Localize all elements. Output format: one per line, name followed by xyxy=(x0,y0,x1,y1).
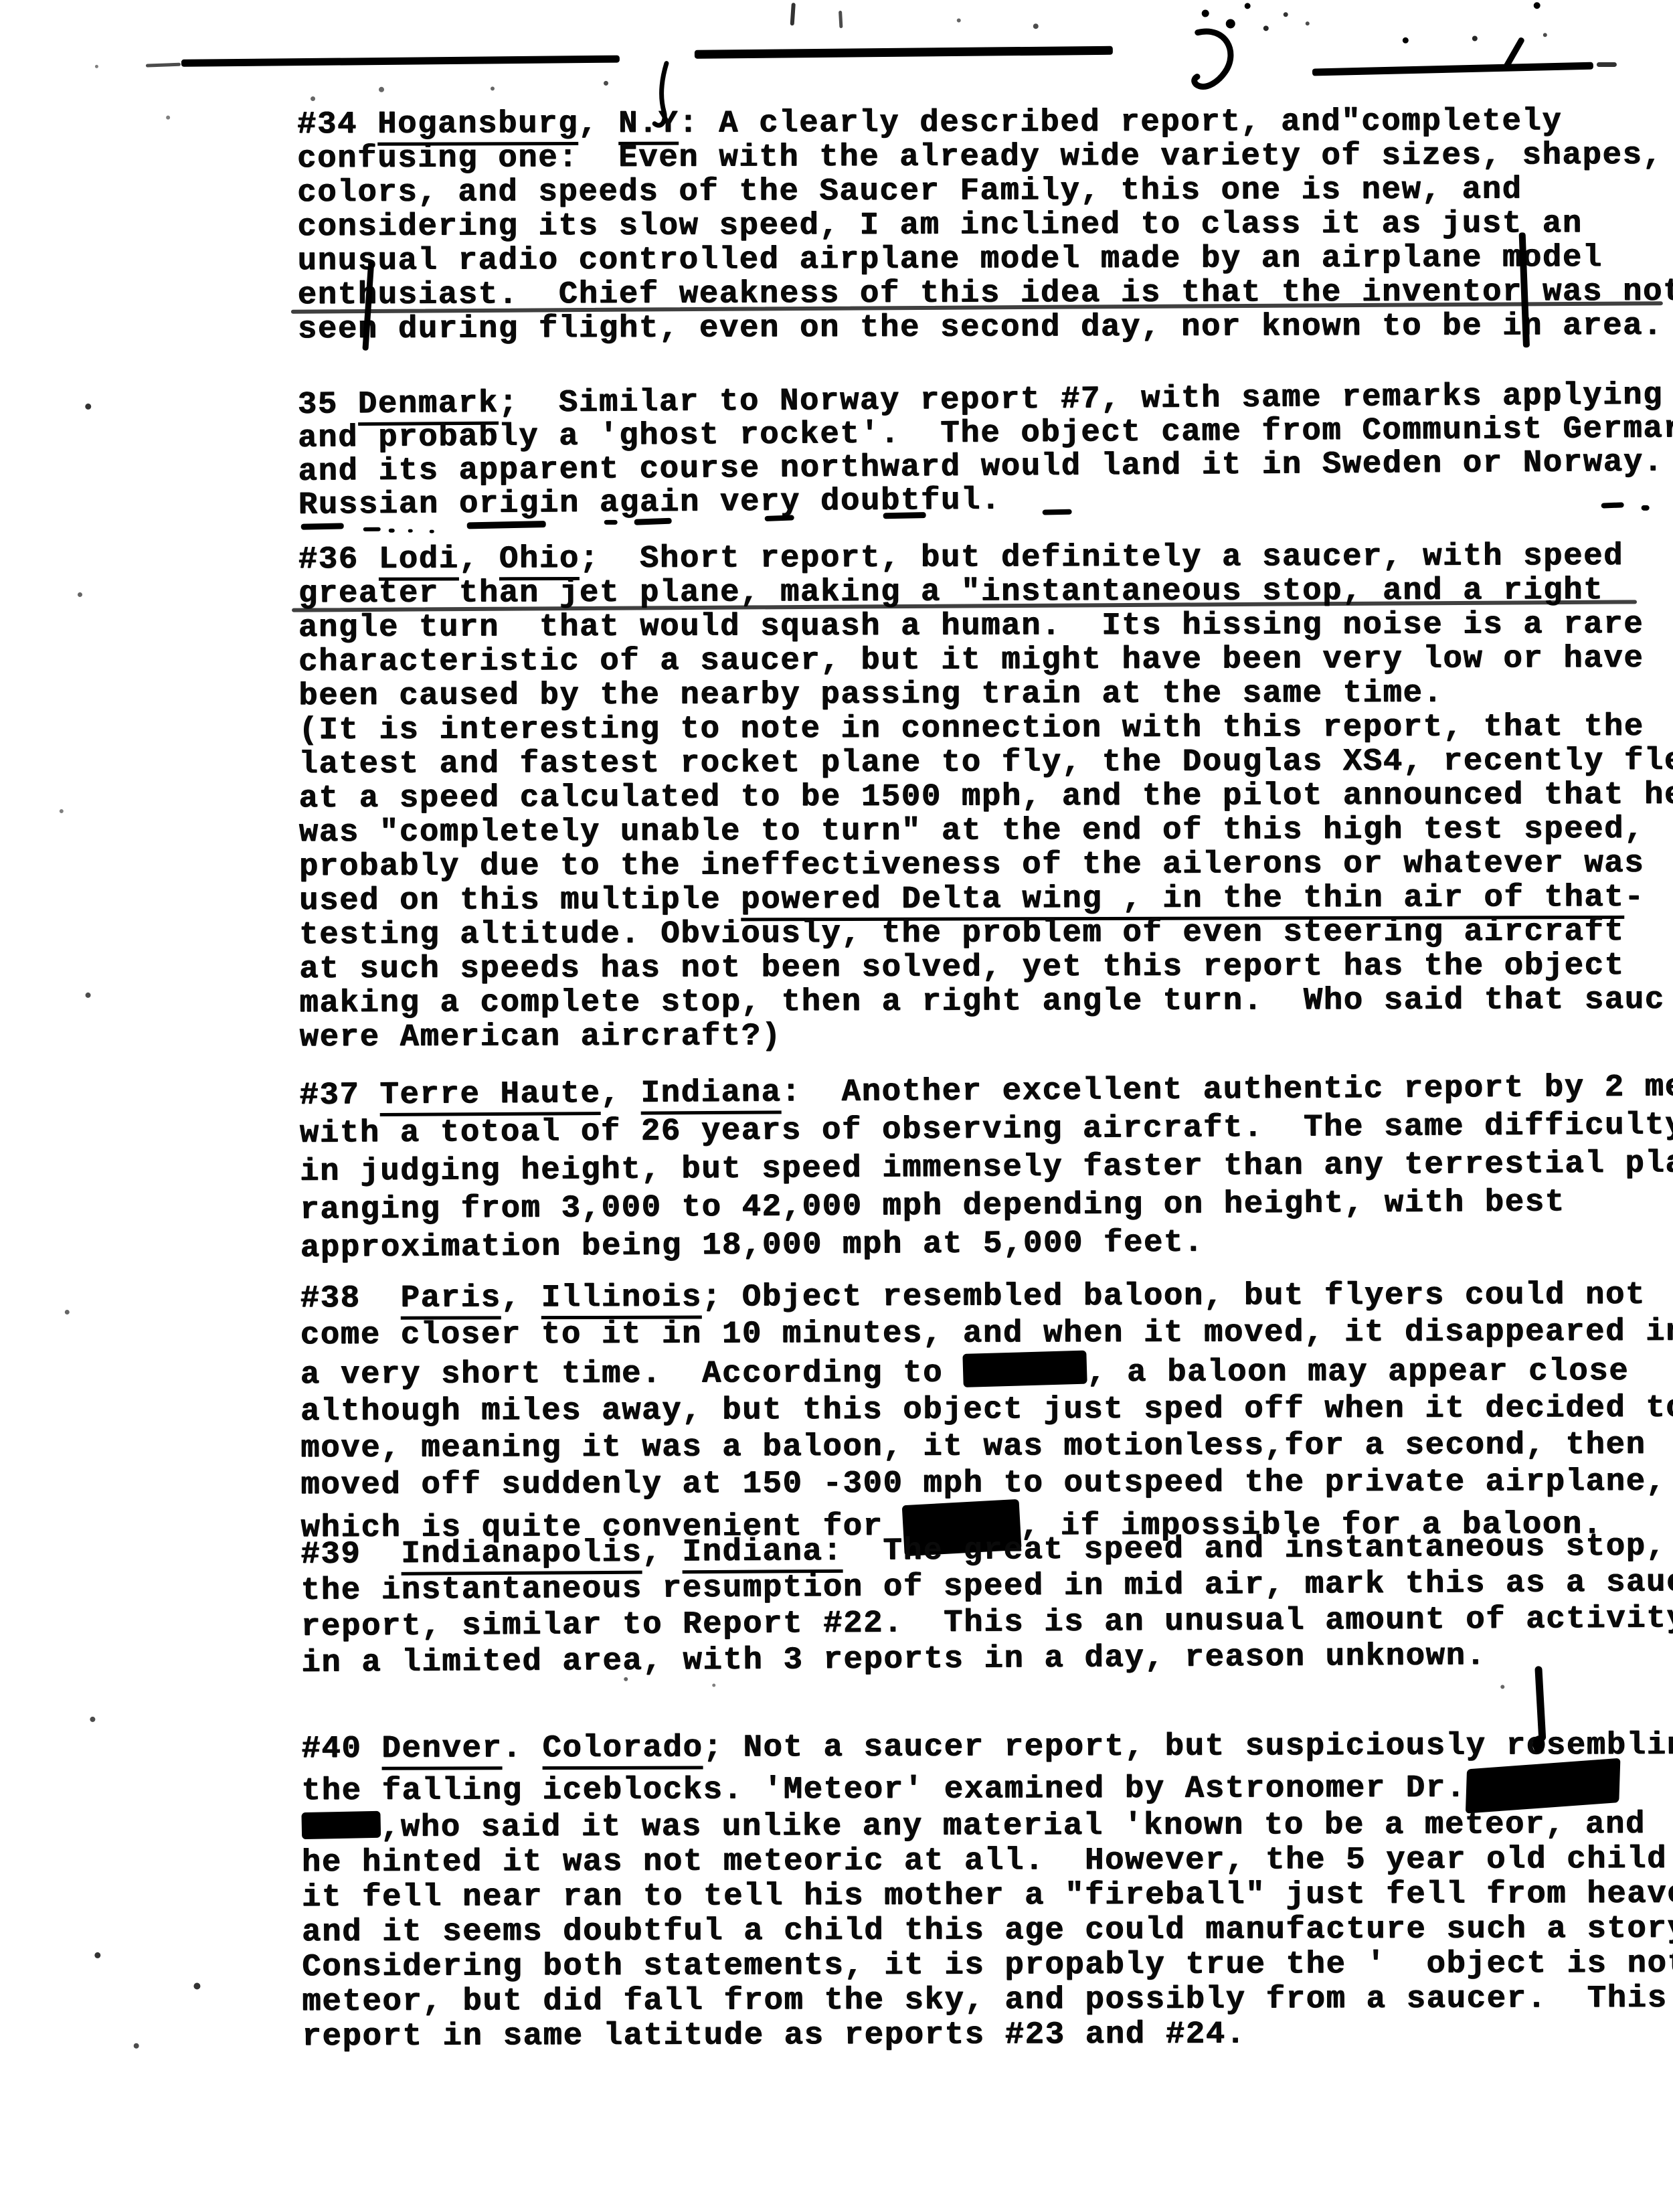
ink-dash xyxy=(301,523,344,529)
ink-dash xyxy=(408,529,413,533)
margin-speck xyxy=(134,2043,139,2049)
margin-speck xyxy=(94,1952,100,1958)
ink-speck xyxy=(1534,2,1540,9)
line-text: ; Not a saucer report, but suspiciously … xyxy=(703,1728,1673,1766)
text-line: at a speed calculated to be 1500 mph, an… xyxy=(299,778,1673,817)
line-text: - xyxy=(1624,880,1644,916)
report-state: Indiana xyxy=(641,1075,782,1114)
ink-speck xyxy=(790,3,796,25)
ink-speck xyxy=(1472,35,1478,41)
ink-speck xyxy=(712,1683,715,1687)
text-line: report in same latitude as reports #23 a… xyxy=(302,2017,1673,2055)
report-37-terre-haute: #37 Terre Haute, Indiana: Another excell… xyxy=(299,1068,1673,1268)
text-line: used on this multiple powered Delta wing… xyxy=(299,881,1673,919)
report-number: #38 xyxy=(300,1281,401,1316)
separator: , xyxy=(600,1076,640,1112)
text-line: latest and fastest rocket plane to fly, … xyxy=(299,744,1673,782)
report-state: Ohio xyxy=(499,541,580,580)
margin-speck xyxy=(60,809,64,813)
text-line: was "completely unable to turn" at the e… xyxy=(299,813,1673,851)
ink-speck xyxy=(491,86,495,90)
text-line: ,who said it was unlike any material 'kn… xyxy=(302,1808,1673,1847)
report-location: Paris xyxy=(401,1280,501,1319)
report-34-hogansburg: #34 Hogansburg, N.Y: A clearly described… xyxy=(297,104,1673,347)
report-location: Hogansburg xyxy=(377,106,578,146)
margin-speck xyxy=(85,404,91,410)
ink-dash xyxy=(363,527,381,531)
report-38-paris: #38 Paris, Illinois; Object resembled ba… xyxy=(300,1277,1673,1555)
text-line: #34 Hogansburg, N.Y: A clearly described… xyxy=(297,104,1673,143)
text-line: he hinted it was not meteoric at all. Ho… xyxy=(302,1843,1673,1881)
text-line: making a complete stop, then a right ang… xyxy=(300,983,1673,1021)
report-state: Colorado xyxy=(543,1731,703,1770)
ink-speck xyxy=(1306,21,1310,25)
report-state: Indiana: xyxy=(682,1534,843,1573)
text-line: at such speeds has not been solved, yet … xyxy=(299,949,1673,987)
ink-dash xyxy=(467,521,546,529)
margin-speck xyxy=(86,993,91,998)
margin-speck xyxy=(90,1717,95,1722)
ink-dash xyxy=(883,512,926,519)
text-line: were American aircraft?) xyxy=(300,1017,1673,1055)
handwritten-hook-mark xyxy=(650,61,680,136)
text-line: considering its slow speed, I am incline… xyxy=(297,207,1673,245)
text-line: although miles away, but this object jus… xyxy=(300,1390,1673,1431)
text-line-underlined-smear: enthusiast. Chief weakness of this idea … xyxy=(298,275,1673,313)
ink-dash xyxy=(389,529,395,533)
ink-speck xyxy=(1284,12,1288,17)
report-location: Denver xyxy=(381,1731,502,1770)
text-line-underlined-smear: greater than jet plane, making a "instan… xyxy=(298,574,1673,612)
ink-speck xyxy=(839,11,843,28)
report-40-denver: #40 Denver. Colorado; Not a saucer repor… xyxy=(301,1729,1673,2055)
text-line: seen during flight, even on the second d… xyxy=(298,309,1673,347)
report-number: #40 xyxy=(301,1731,381,1767)
ink-smudge-line xyxy=(1312,62,1593,76)
text-line: colors, and speeds of the Saucer Family,… xyxy=(297,173,1673,211)
report-location: Terre Haute xyxy=(379,1076,600,1116)
report-state: Illinois xyxy=(541,1280,702,1320)
ink-speck xyxy=(604,81,608,86)
text-line: probably due to the ineffectiveness of t… xyxy=(299,847,1673,885)
text-line: it fell near ran to tell his mother a "f… xyxy=(302,1877,1673,1916)
line-text: ; Short report, but definitely a saucer,… xyxy=(580,539,1623,577)
ink-speck xyxy=(95,65,98,68)
text-line: in a limited area, with 3 reports in a d… xyxy=(301,1637,1673,1682)
report-39-indianapolis: #39 Indianapolis, Indiana: The great spe… xyxy=(300,1529,1673,1682)
line-text: a very short time. According to xyxy=(300,1356,963,1393)
line-text: ; Object resembled baloon, but flyers co… xyxy=(702,1278,1646,1316)
text-line: unusual radio controlled airplane model … xyxy=(298,241,1673,279)
text-line: #36 Lodi, Ohio; Short report, but defini… xyxy=(298,539,1673,578)
ink-smudge-line xyxy=(695,46,1113,59)
text-line: come closer to it in 10 minutes, and whe… xyxy=(300,1314,1673,1355)
separator: , xyxy=(501,1280,541,1316)
ink-speck xyxy=(379,87,384,92)
ink-speck xyxy=(624,1677,628,1681)
text-line: and it seems doubtful a child this age c… xyxy=(302,1912,1673,1951)
ink-dash xyxy=(765,515,794,521)
text-line: a very short time. According to , a balo… xyxy=(300,1351,1673,1394)
separator: , xyxy=(459,541,499,577)
text-line: the falling iceblocks. 'Meteor' examined… xyxy=(302,1764,1673,1812)
redaction-box xyxy=(301,1811,381,1839)
line-text: The great speed and instantaneous stop, xyxy=(843,1529,1666,1569)
document-content: #34 Hogansburg, N.Y: A clearly described… xyxy=(0,0,1673,2212)
scanned-document-page: #34 Hogansburg, N.Y: A clearly described… xyxy=(0,0,1673,2212)
text-line: Russian origin again very doubtful. xyxy=(298,479,1673,523)
ink-smudge-line xyxy=(181,56,620,67)
report-number: #39 xyxy=(300,1537,401,1573)
report-36-lodi: #36 Lodi, Ohio; Short report, but defini… xyxy=(298,539,1673,1055)
report-location: Lodi xyxy=(379,541,459,580)
text-line: meteor, but did fall from the sky, and p… xyxy=(302,1982,1673,2021)
redaction-box xyxy=(963,1351,1087,1387)
ink-speck xyxy=(166,116,170,120)
report-number: #37 xyxy=(299,1078,379,1114)
separator: , xyxy=(578,106,618,142)
line-text: , a baloon may appear close xyxy=(1087,1354,1629,1391)
ink-speck xyxy=(1263,25,1269,31)
ink-speck xyxy=(1245,3,1251,9)
ink-dash xyxy=(1043,509,1072,515)
ink-dash xyxy=(1642,505,1650,511)
ink-dash xyxy=(604,520,618,525)
report-number: #34 xyxy=(297,107,377,143)
report-35-denmark: 35 Denmark; Similar to Norway report #7,… xyxy=(298,379,1673,523)
handwritten-curve-mark xyxy=(1187,25,1247,92)
report-number: 35 xyxy=(298,387,358,423)
text-line: #40 Denver. Colorado; Not a saucer repor… xyxy=(301,1729,1673,1768)
ink-blob xyxy=(1532,1735,1545,1753)
report-number: #36 xyxy=(298,542,379,578)
ink-speck xyxy=(1543,33,1547,37)
ink-dash xyxy=(634,518,672,525)
ink-speck xyxy=(1033,23,1039,29)
margin-speck xyxy=(78,592,82,597)
text-line: moved off suddenly at 150 -300 mph to ou… xyxy=(300,1464,1673,1505)
line-text: the falling iceblocks. 'Meteor' examined… xyxy=(302,1771,1466,1810)
separator: , xyxy=(642,1535,682,1570)
ink-speck xyxy=(311,96,315,101)
ink-speck xyxy=(1202,10,1209,17)
text-line: #38 Paris, Illinois; Object resembled ba… xyxy=(300,1277,1673,1318)
text-line: (It is interesting to note in connection… xyxy=(298,710,1673,748)
text-line: Considering both statements, it is propa… xyxy=(302,1947,1673,1986)
margin-speck xyxy=(65,1310,70,1314)
text-line: approximation being 18,000 mph at 5,000 … xyxy=(300,1221,1673,1268)
ink-dash xyxy=(430,530,434,533)
ink-smudge-line xyxy=(1597,62,1617,67)
ink-dash xyxy=(1601,502,1624,508)
line-text: : A clearly described report, and"comple… xyxy=(679,104,1562,141)
ink-speck xyxy=(1226,19,1235,28)
line-text: used on this multiple xyxy=(299,882,741,919)
ink-speck xyxy=(957,19,961,23)
text-line: move, meaning it was a baloon, it was mo… xyxy=(300,1427,1673,1468)
text-line: angle turn that would squash a human. It… xyxy=(298,608,1673,646)
margin-speck xyxy=(193,1982,200,1989)
text-line: testing altitude. Obviously, the problem… xyxy=(299,915,1673,953)
ink-speck xyxy=(1500,1685,1504,1689)
ink-smudge-line xyxy=(146,63,181,68)
line-text: : Another excellent authentic report by … xyxy=(782,1070,1673,1110)
text-line: characteristic of a saucer, but it might… xyxy=(298,642,1673,680)
ink-speck xyxy=(1403,37,1409,44)
report-location: Indianapolis xyxy=(401,1535,642,1576)
separator: . xyxy=(503,1731,543,1766)
text-line: been caused by the nearby passing train … xyxy=(298,676,1673,714)
text-line: confusing one: Even with the already wid… xyxy=(297,139,1673,177)
line-text: ,who said it was unlike any material 'kn… xyxy=(381,1807,1646,1846)
redaction-box xyxy=(1466,1758,1621,1814)
